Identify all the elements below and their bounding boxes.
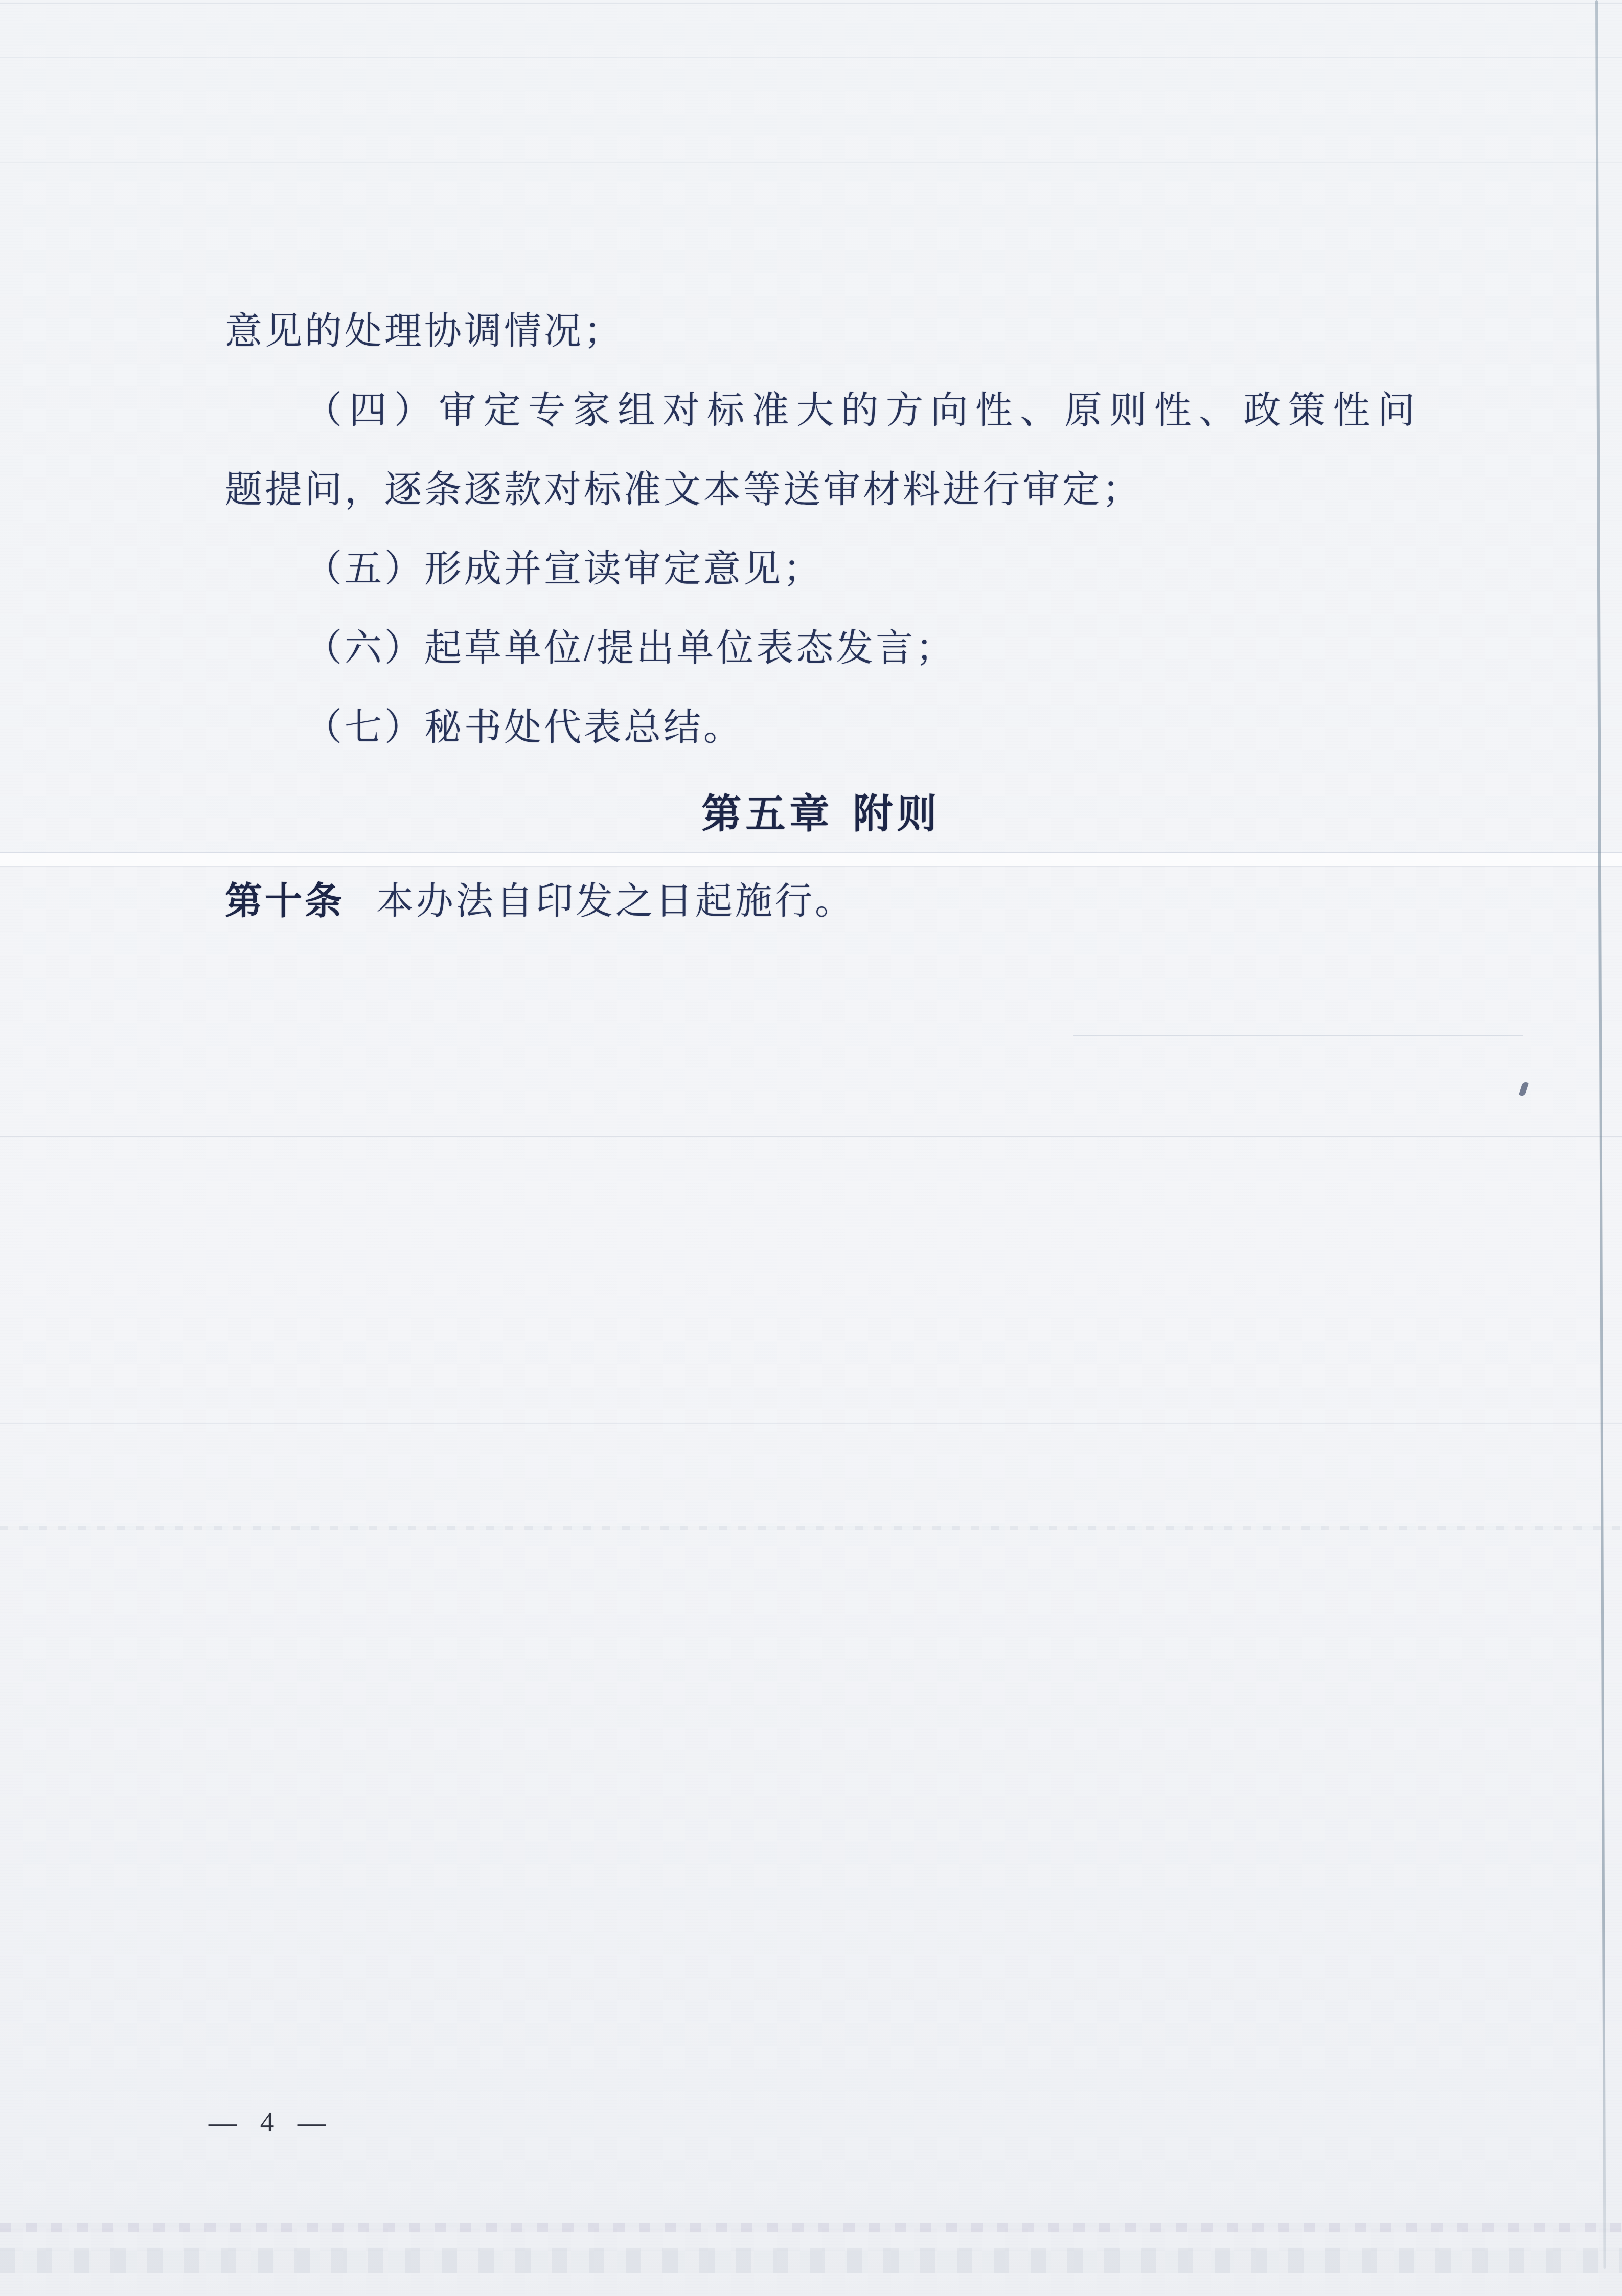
- scan-band-artifact: [0, 1526, 1622, 1530]
- list-item-5: （五）形成并宣读审定意见；: [225, 529, 1418, 608]
- list-item-4-line-2: 题提问，逐条逐款对标准文本等送审材料进行审定；: [225, 450, 1418, 529]
- list-item-4-line-1: （四）审定专家组对标准大的方向性、原则性、政策性问: [225, 371, 1418, 450]
- scan-stripe-artifact: [0, 3, 1622, 4]
- ink-speck-artifact: [1519, 1081, 1529, 1097]
- scan-stripe-artifact: [0, 162, 1622, 163]
- list-item-6: （六）起草单位/提出单位表态发言；: [225, 608, 1418, 688]
- document-body: 意见的处理协调情况； （四）审定专家组对标准大的方向性、原则性、政策性问 题提问…: [225, 291, 1418, 941]
- chapter-number: 第五章: [701, 791, 833, 836]
- article-label: 第十条: [225, 880, 345, 922]
- scan-stripe-artifact: [0, 57, 1622, 58]
- scan-band-artifact: [0, 2223, 1622, 2232]
- scan-hairline-artifact: [0, 1423, 1622, 1424]
- list-item-7: （七）秘书处代表总结。: [225, 688, 1418, 767]
- article-line: 第十条本办法自印发之日起施行。: [225, 861, 1418, 941]
- page-number: — 4 —: [209, 2106, 334, 2138]
- paragraph-continuation-line: 意见的处理协调情况；: [225, 291, 1418, 371]
- scanned-document-page: 意见的处理协调情况； （四）审定专家组对标准大的方向性、原则性、政策性问 题提问…: [0, 0, 1622, 2296]
- scan-hairline-artifact: [1073, 1035, 1523, 1036]
- chapter-heading: 第五章附则: [225, 767, 1418, 861]
- scan-band-artifact: [0, 2248, 1622, 2273]
- page-edge-scan-line: [1595, 0, 1606, 2269]
- scan-hairline-artifact: [0, 1136, 1622, 1137]
- chapter-title: 附则: [853, 791, 941, 836]
- article-text: 本办法自印发之日起施行。: [376, 880, 855, 922]
